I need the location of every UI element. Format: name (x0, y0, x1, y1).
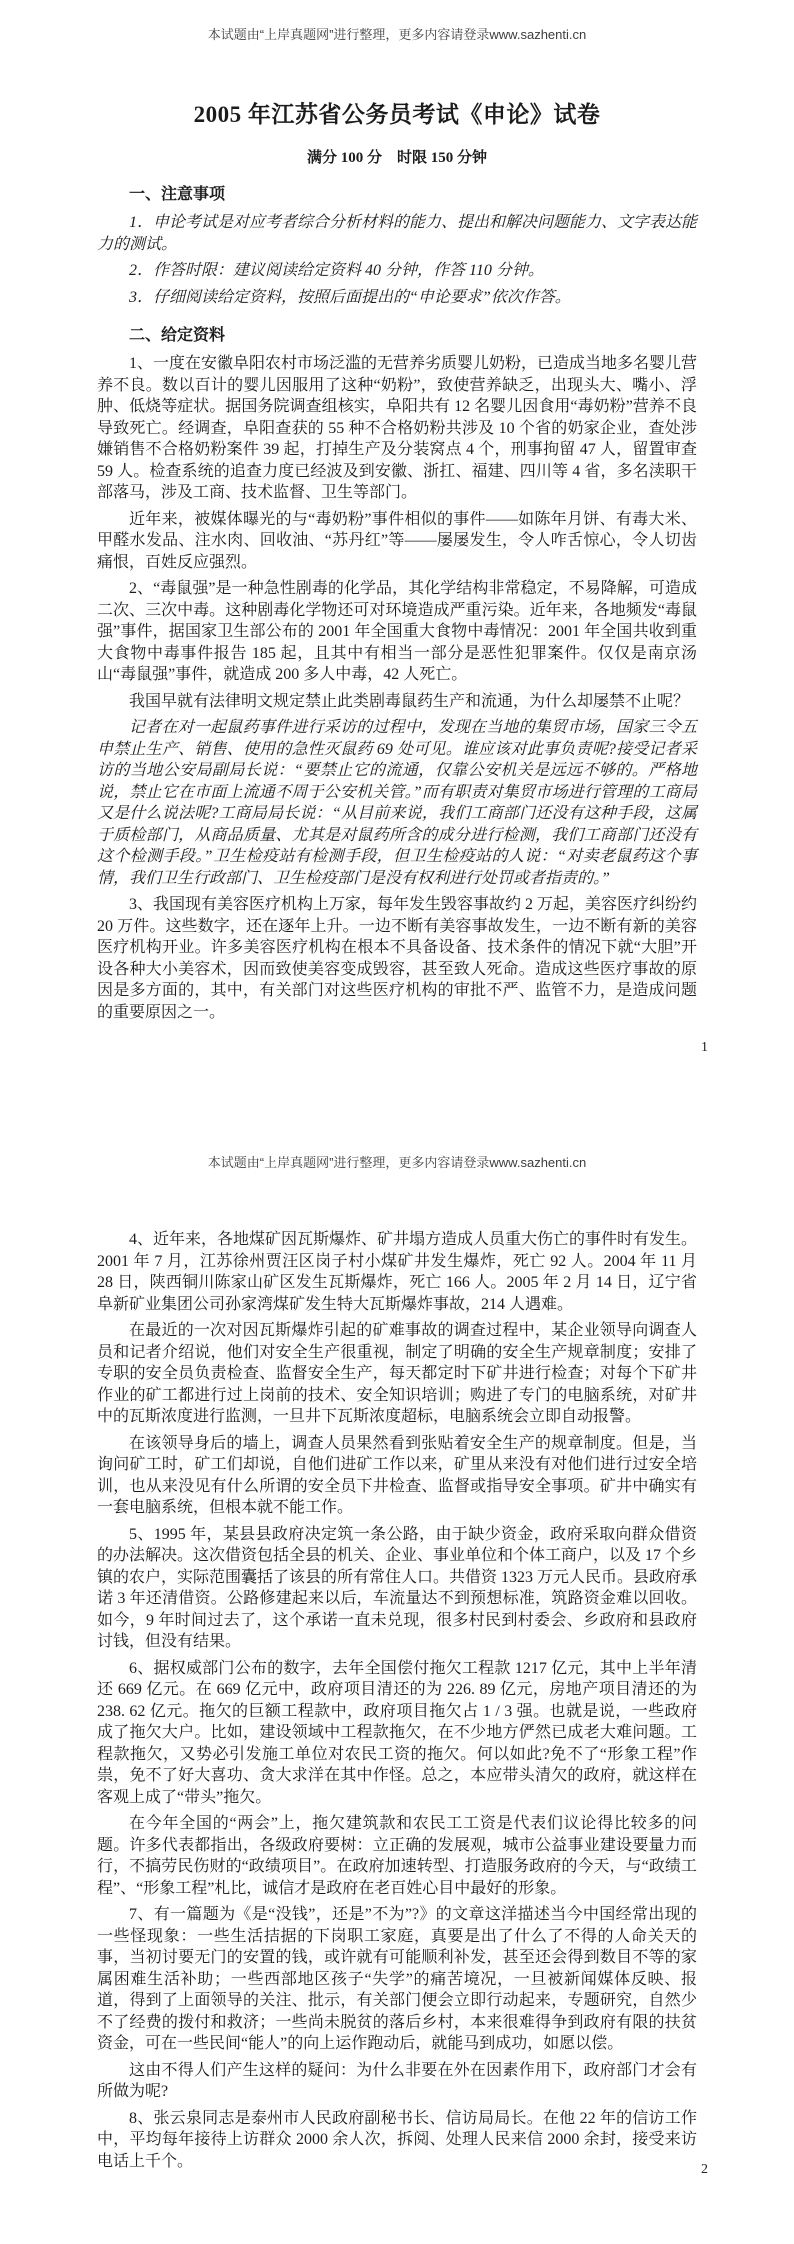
exam-title: 2005 年江苏省公务员考试《申论》试卷 (97, 100, 697, 130)
exam-score-time: 满分 100 分 时限 150 分钟 (97, 146, 697, 167)
watermark-header: 本试题由“上岸真题网”进行整理，更多内容请登录www.sazhenti.cn (0, 1152, 794, 1171)
material-paragraph-5: 5、1995 年，某县县政府决定筑一条公路，由于缺少资金，政府采取向群众借资的办… (97, 1524, 697, 1653)
material-paragraph-3: 3、我国现有美容医疗机构上万家，每年发生毁容事故约 2 万起，美容医疗纠纷约 2… (97, 894, 697, 1023)
page-1: 本试题由“上岸真题网”进行整理，更多内容请登录www.sazhenti.cn 2… (0, 0, 794, 1122)
material-paragraph-6: 6、据权威部门公布的数字，去年全国偿付拖欠工程款 1217 亿元，其中上半年清还… (97, 1658, 697, 1809)
material-paragraph-2c: 记者在对一起鼠药事件进行采访的过程中，发现在当地的集贸市场，国家三令五申禁止生产… (97, 717, 697, 889)
note-item-2: 2．作答时限：建议阅读给定资料 40 分钟，作答 110 分钟。 (97, 260, 697, 282)
section-heading-notes: 一、注意事项 (97, 184, 697, 206)
material-paragraph-2: 2、“毒鼠强”是一种急性剧毒的化学品，其化学结构非常稳定，不易降解，可造成二次、… (97, 578, 697, 686)
page-1-content: 2005 年江苏省公务员考试《申论》试卷 满分 100 分 时限 150 分钟 … (0, 0, 794, 1023)
material-paragraph-2b: 我国早就有法律明文规定禁止此类剧毒鼠药生产和流通，为什么却屡禁不止呢？ (97, 691, 697, 713)
material-paragraph-1b: 近年来，被媒体曝光的与“毒奶粉”事件相似的事件——如陈年月饼、有毒大米、甲醛水发… (97, 509, 697, 574)
page-number-1: 1 (701, 1040, 708, 1056)
material-paragraph-6b: 在今年全国的“两会”上，拖欠建筑款和农民工工资是代表们议论得比较多的问题。许多代… (97, 1813, 697, 1899)
watermark-header: 本试题由“上岸真题网”进行整理，更多内容请登录www.sazhenti.cn (0, 24, 794, 43)
material-paragraph-8: 8、张云泉同志是泰州市人民政府副秘书长、信访局局长。在他 22 年的信访工作中，… (97, 2108, 697, 2173)
material-paragraph-1: 1、一度在安徽阜阳农村市场泛滥的无营养劣质婴儿奶粉，已造成当地多名婴儿营养不良。… (97, 353, 697, 504)
note-item-3: 3．仔细阅读给定资料，按照后面提出的“申论要求”依次作答。 (97, 287, 697, 309)
note-item-1: 1．申论考试是对应考者综合分析材料的能力、提出和解决问题能力、文字表达能力的测试… (97, 212, 697, 255)
page-2: 本试题由“上岸真题网”进行整理，更多内容请登录www.sazhenti.cn 4… (0, 1122, 794, 2244)
material-paragraph-7: 7、有一篇题为《是“没钱”，还是”不为”?》的文章这洋描述当今中国经常出现的一些… (97, 1904, 697, 2055)
section-heading-materials: 二、给定资料 (97, 325, 697, 347)
material-paragraph-4c: 在该领导身后的墙上，调查人员果然看到张贴着安全生产的规章制度。但是，当询问矿工时… (97, 1433, 697, 1519)
material-paragraph-4b: 在最近的一次对因瓦斯爆炸引起的矿难事故的调查过程中，某企业领导向调查人员和记者介… (97, 1320, 697, 1428)
material-paragraph-7b: 这由不得人们产生这样的疑问：为什么非要在外在因素作用下，政府部门才会有所做为呢? (97, 2060, 697, 2103)
exam-document: 本试题由“上岸真题网”进行整理，更多内容请登录www.sazhenti.cn 2… (0, 0, 794, 2244)
material-paragraph-4: 4、近年来，各地煤矿因瓦斯爆炸、矿井塌方造成人员重大伤亡的事件时有发生。2001… (97, 1229, 697, 1315)
page-number-2: 2 (701, 2162, 708, 2178)
page-2-content: 4、近年来，各地煤矿因瓦斯爆炸、矿井塌方造成人员重大伤亡的事件时有发生。2001… (0, 1122, 794, 2172)
